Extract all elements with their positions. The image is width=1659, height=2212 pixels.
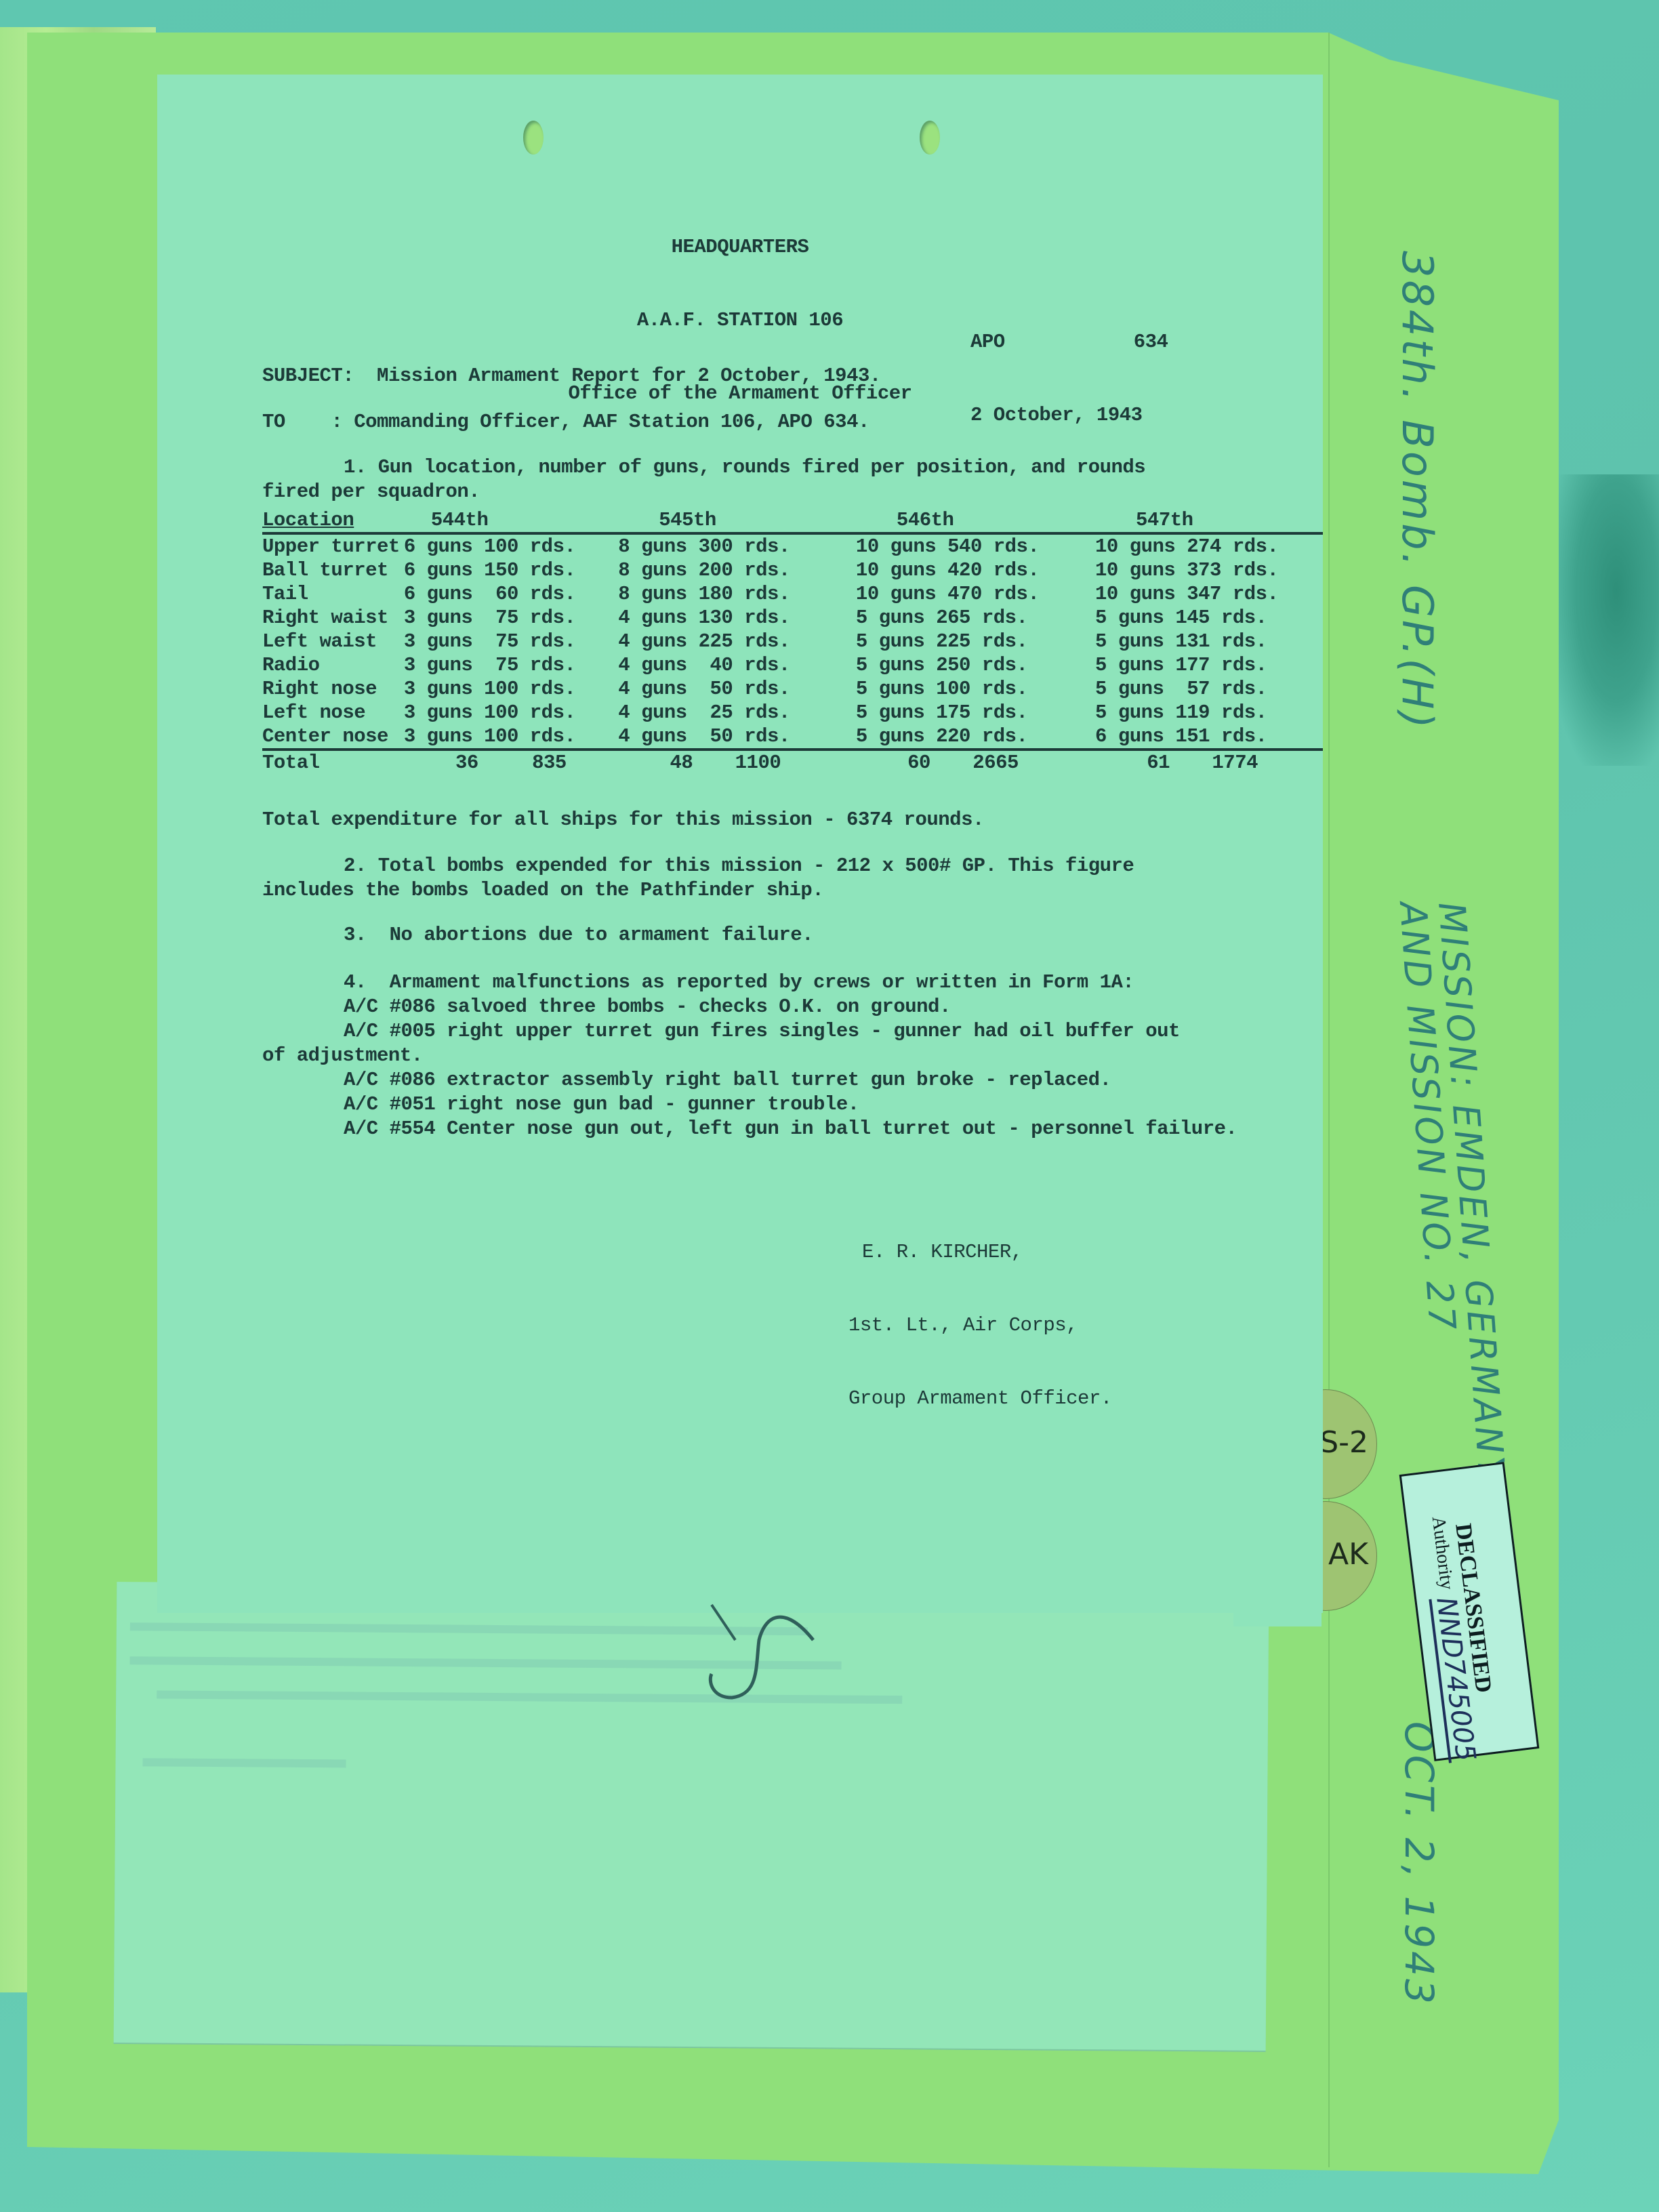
total-guns: 61 — [1095, 752, 1170, 774]
squadron-cell: 8 guns 200 rds. — [618, 558, 856, 582]
squadron-cell: 5 guns 175 rds. — [856, 701, 1095, 724]
total-rounds: 2665 — [930, 752, 1019, 774]
apo-number: 634 — [1134, 331, 1168, 353]
location-cell: Tail — [262, 582, 404, 606]
location-cell: Right waist — [262, 606, 404, 630]
squadron-cell: 3 guns 75 rds. — [404, 606, 618, 630]
total-cell: 602665 — [856, 750, 1095, 775]
signer-name: E. R. KIRCHER, — [848, 1240, 1112, 1265]
paragraph-number: 1. — [344, 456, 367, 478]
squadron-cell: 5 guns 220 rds. — [856, 724, 1095, 750]
squadron-cell: 4 guns 130 rds. — [618, 606, 856, 630]
document-date: 2 October, 1943 — [970, 403, 1168, 428]
squadron-cell: 10 guns 470 rds. — [856, 582, 1095, 606]
squadron-cell: 10 guns 274 rds. — [1095, 533, 1323, 558]
squadron-cell: 6 guns 60 rds. — [404, 582, 618, 606]
squadron-cell: 3 guns 100 rds. — [404, 701, 618, 724]
total-guns: 48 — [618, 752, 693, 774]
squadron-cell: 10 guns 373 rds. — [1095, 558, 1323, 582]
subject-label: SUBJECT: — [262, 365, 354, 387]
punch-hole — [920, 121, 940, 155]
squadron-cell: 10 guns 347 rds. — [1095, 582, 1323, 606]
paragraph-number: 2. — [344, 855, 367, 877]
squadron-cell: 5 guns 177 rds. — [1095, 653, 1323, 677]
table-row: Ball turret6 guns 150 rds.8 guns 200 rds… — [262, 558, 1323, 582]
tab-label: S-2 — [1319, 1425, 1368, 1460]
squadron-cell: 10 guns 540 rds. — [856, 533, 1095, 558]
table-row: Right nose3 guns 100 rds.4 guns 50 rds.5… — [262, 677, 1323, 701]
page-overlap — [1233, 1382, 1322, 1626]
table-header-row: Location 544th 545th 546th 547th — [262, 508, 1323, 533]
paragraph-4: 4. Armament malfunctions as reported by … — [262, 970, 1319, 1141]
location-cell: Center nose — [262, 724, 404, 750]
squadron-cell: 5 guns 131 rds. — [1095, 630, 1323, 653]
total-rounds: 1774 — [1170, 752, 1258, 774]
total-cell: 611774 — [1095, 750, 1323, 775]
paragraph-intro: Armament malfunctions as reported by cre… — [390, 971, 1134, 994]
location-cell: Right nose — [262, 677, 404, 701]
total-label: Total — [262, 750, 404, 775]
squadron-cell: 5 guns 57 rds. — [1095, 677, 1323, 701]
table-row: Radio3 guns 75 rds.4 guns 40 rds.5 guns … — [262, 653, 1323, 677]
punch-hole — [523, 121, 544, 155]
malfunction-item: A/C #086 salvoed three bombs - checks O.… — [262, 995, 1319, 1019]
squadron-cell: 6 guns 151 rds. — [1095, 724, 1323, 750]
squadron-cell: 4 guns 25 rds. — [618, 701, 856, 724]
table-row: Tail6 guns 60 rds.8 guns 180 rds.10 guns… — [262, 582, 1323, 606]
total-expenditure: Total expenditure for all ships for this… — [262, 808, 984, 832]
total-rounds: 1100 — [693, 752, 781, 774]
paragraph-text: Gun location, number of guns, rounds fir… — [262, 456, 1145, 503]
squadron-cell: 5 guns 119 rds. — [1095, 701, 1323, 724]
tab-label: AK — [1328, 1537, 1368, 1572]
squadron-cell: 3 guns 100 rds. — [404, 677, 618, 701]
location-cell: Radio — [262, 653, 404, 677]
background-shadow — [1552, 474, 1659, 766]
letterhead-line: HEADQUARTERS — [157, 235, 1323, 260]
malfunction-item: A/C #086 extractor assembly right ball t… — [262, 1068, 1319, 1092]
gun-table: Location 544th 545th 546th 547th Upper t… — [262, 508, 1323, 775]
handwritten-date: OCT. 2, 1943 — [1396, 1721, 1442, 2007]
squadron-cell: 6 guns 150 rds. — [404, 558, 618, 582]
malfunction-item-continued: of adjustment. — [262, 1044, 1319, 1068]
location-cell: Left nose — [262, 701, 404, 724]
pencil-mark-5 — [705, 1599, 854, 1715]
to-text: Commanding Officer, AAF Station 106, APO… — [354, 411, 869, 433]
squadron-cell: 4 guns 225 rds. — [618, 630, 856, 653]
table-row: Left nose3 guns 100 rds.4 guns 25 rds.5 … — [262, 701, 1323, 724]
paragraph-number: 3. — [344, 924, 367, 946]
squadron-cell: 3 guns 75 rds. — [404, 630, 618, 653]
paragraph-3: 3. No abortions due to armament failure. — [344, 923, 813, 947]
total-row: Total 36835481100602665611774 — [262, 750, 1323, 775]
table-row: Upper turret6 guns 100 rds.8 guns 300 rd… — [262, 533, 1323, 558]
squadron-cell: 5 guns 100 rds. — [856, 677, 1095, 701]
total-cell: 481100 — [618, 750, 856, 775]
to-label: TO — [262, 411, 285, 433]
malfunction-item: A/C #051 right nose gun bad - gunner tro… — [262, 1092, 1319, 1117]
subject-text: Mission Armament Report for 2 October, 1… — [377, 365, 881, 387]
squadron-cell: 5 guns 265 rds. — [856, 606, 1095, 630]
squadron-cell: 5 guns 225 rds. — [856, 630, 1095, 653]
paragraph-text: No abortions due to armament failure. — [390, 924, 813, 946]
squadron-cell: 10 guns 420 rds. — [856, 558, 1095, 582]
signer-rank: 1st. Lt., Air Corps, — [848, 1313, 1112, 1338]
squadron-cell: 8 guns 180 rds. — [618, 582, 856, 606]
to-separator: : — [331, 411, 342, 433]
signer-title: Group Armament Officer. — [848, 1387, 1112, 1411]
squadron-cell: 5 guns 250 rds. — [856, 653, 1095, 677]
document-page: HEADQUARTERS A.A.F. STATION 106 Office o… — [157, 75, 1323, 1613]
squadron-cell: 6 guns 100 rds. — [404, 533, 618, 558]
location-cell: Left waist — [262, 630, 404, 653]
malfunction-item: A/C #554 Center nose gun out, left gun i… — [262, 1117, 1319, 1141]
table-row: Right waist3 guns 75 rds.4 guns 130 rds.… — [262, 606, 1323, 630]
total-guns: 60 — [856, 752, 930, 774]
column-header: 545th — [618, 508, 856, 533]
squadron-cell: 4 guns 50 rds. — [618, 724, 856, 750]
squadron-cell: 8 guns 300 rds. — [618, 533, 856, 558]
column-header: 546th — [856, 508, 1095, 533]
malfunction-item: A/C #005 right upper turret gun fires si… — [262, 1019, 1319, 1044]
column-header: 544th — [404, 508, 618, 533]
paragraph-1: 1. Gun location, number of guns, rounds … — [262, 455, 1211, 504]
underlying-sheet — [114, 1582, 1269, 2051]
to-line: TO : Commanding Officer, AAF Station 106… — [262, 410, 869, 434]
table-row: Left waist3 guns 75 rds.4 guns 225 rds.5… — [262, 630, 1323, 653]
paragraph-2: 2. Total bombs expended for this mission… — [262, 854, 1211, 903]
total-rounds: 835 — [478, 752, 567, 774]
location-cell: Ball turret — [262, 558, 404, 582]
column-header: 547th — [1095, 508, 1323, 533]
total-cell: 36835 — [404, 750, 618, 775]
location-cell: Upper turret — [262, 533, 404, 558]
squadron-cell: 4 guns 50 rds. — [618, 677, 856, 701]
squadron-cell: 3 guns 75 rds. — [404, 653, 618, 677]
subject-line: SUBJECT: Mission Armament Report for 2 O… — [262, 364, 881, 388]
column-header: Location — [262, 508, 404, 533]
paragraph-text: Total bombs expended for this mission - … — [262, 855, 1134, 901]
paragraph-number: 4. — [344, 971, 367, 994]
folder-crease — [1328, 33, 1330, 2167]
table-row: Center nose3 guns 100 rds.4 guns 50 rds.… — [262, 724, 1323, 750]
squadron-cell: 4 guns 40 rds. — [618, 653, 856, 677]
handwritten-group-label: 384th. Bomb. GP.(H) — [1393, 251, 1442, 731]
dateline: APO634 2 October, 1943 — [970, 281, 1168, 476]
squadron-cell: 3 guns 100 rds. — [404, 724, 618, 750]
faint-text — [142, 1758, 346, 1767]
signature-block: E. R. KIRCHER, 1st. Lt., Air Corps, Grou… — [848, 1191, 1112, 1460]
apo-label: APO — [970, 331, 1005, 353]
squadron-cell: 5 guns 145 rds. — [1095, 606, 1323, 630]
total-guns: 36 — [404, 752, 478, 774]
